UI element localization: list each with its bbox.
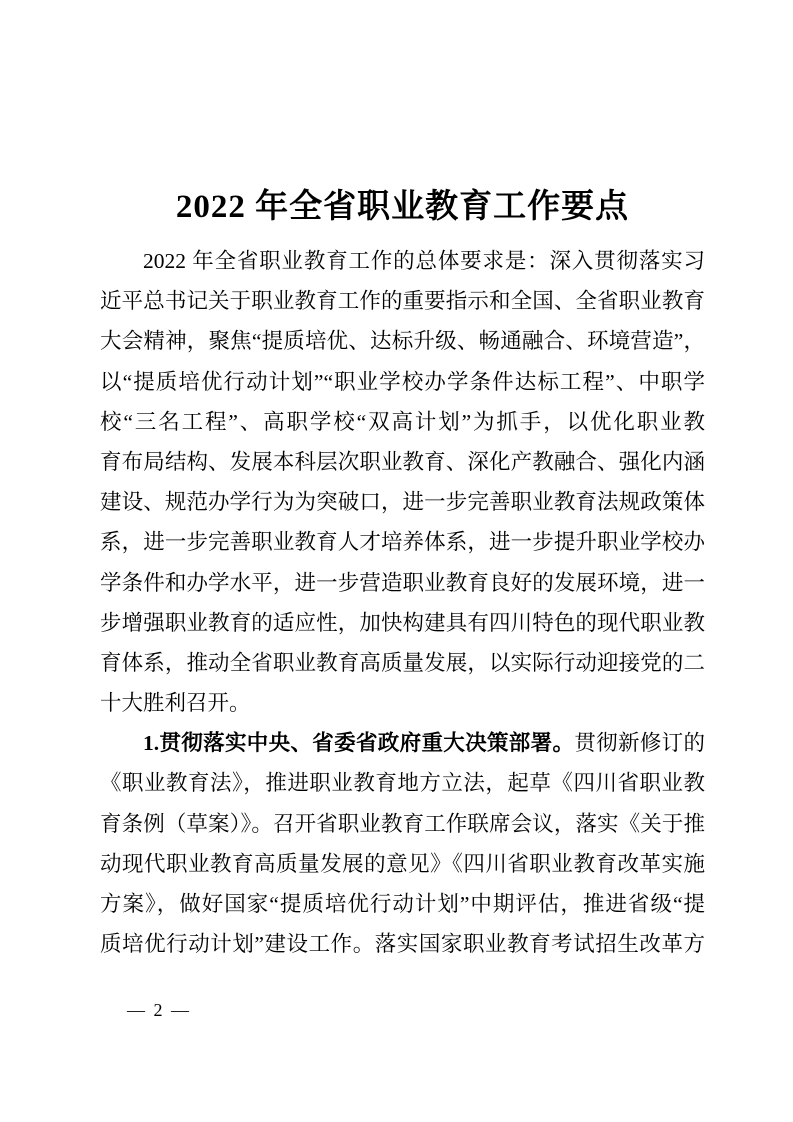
body-line: 系，进一步完善职业教育人才培养体系，进一步提升职业学校办 — [100, 522, 705, 562]
body-line: 育布局结构、发展本科层次职业教育、深化产教融合、强化内涵 — [100, 442, 705, 482]
body-line: 质培优行动计划”建设工作。落实国家职业教育考试招生改革方 — [100, 924, 705, 964]
body-line: 步增强职业教育的适应性，加快构建具有四川特色的现代职业教 — [100, 603, 705, 643]
paragraph-lead-bold: 1.贯彻落实中央、省委省政府重大决策部署。 — [143, 731, 574, 755]
document-title: 2022 年全省职业教育工作要点 — [100, 185, 705, 229]
page-number: — 2 — — [127, 997, 191, 1023]
body-text-block: 2022 年全省职业教育工作的总体要求是：深入贯彻落实习 近平总书记关于职业教育… — [100, 241, 705, 964]
body-line: 育体系，推动全省职业教育高质量发展，以实际行动迎接党的二 — [100, 643, 705, 683]
body-line: 校“三名工程”、高职学校“双高计划”为抓手，以优化职业教 — [100, 402, 705, 442]
body-line: 十大胜利召开。 — [100, 683, 705, 723]
body-line: 大会精神，聚焦“提质培优、达标升级、畅通融合、环境营造”， — [100, 321, 705, 361]
document-page: 2022 年全省职业教育工作要点 2022 年全省职业教育工作的总体要求是：深入… — [0, 0, 793, 1122]
body-line: 2022 年全省职业教育工作的总体要求是：深入贯彻落实习 — [100, 241, 705, 281]
body-line: 育条例（草案）》。召开省职业教育工作联席会议，落实《关于推 — [100, 804, 705, 844]
body-line: 近平总书记关于职业教育工作的重要指示和全国、全省职业教育 — [100, 281, 705, 321]
body-line: 1.贯彻落实中央、省委省政府重大决策部署。贯彻新修订的 — [100, 723, 705, 763]
body-line: 《职业教育法》，推进职业教育地方立法，起草《四川省职业教 — [100, 763, 705, 803]
paragraph-lead-tail: 贯彻新修订的 — [574, 731, 705, 755]
body-line: 动现代职业教育高质量发展的意见》《四川省职业教育改革实施 — [100, 844, 705, 884]
body-line: 建设、规范办学行为为突破口，进一步完善职业教育法规政策体 — [100, 482, 705, 522]
body-line: 以“提质培优行动计划”“职业学校办学条件达标工程”、中职学 — [100, 362, 705, 402]
body-line: 方案》，做好国家“提质培优行动计划”中期评估，推进省级“提 — [100, 884, 705, 924]
body-line: 学条件和办学水平，进一步营造职业教育良好的发展环境，进一 — [100, 563, 705, 603]
